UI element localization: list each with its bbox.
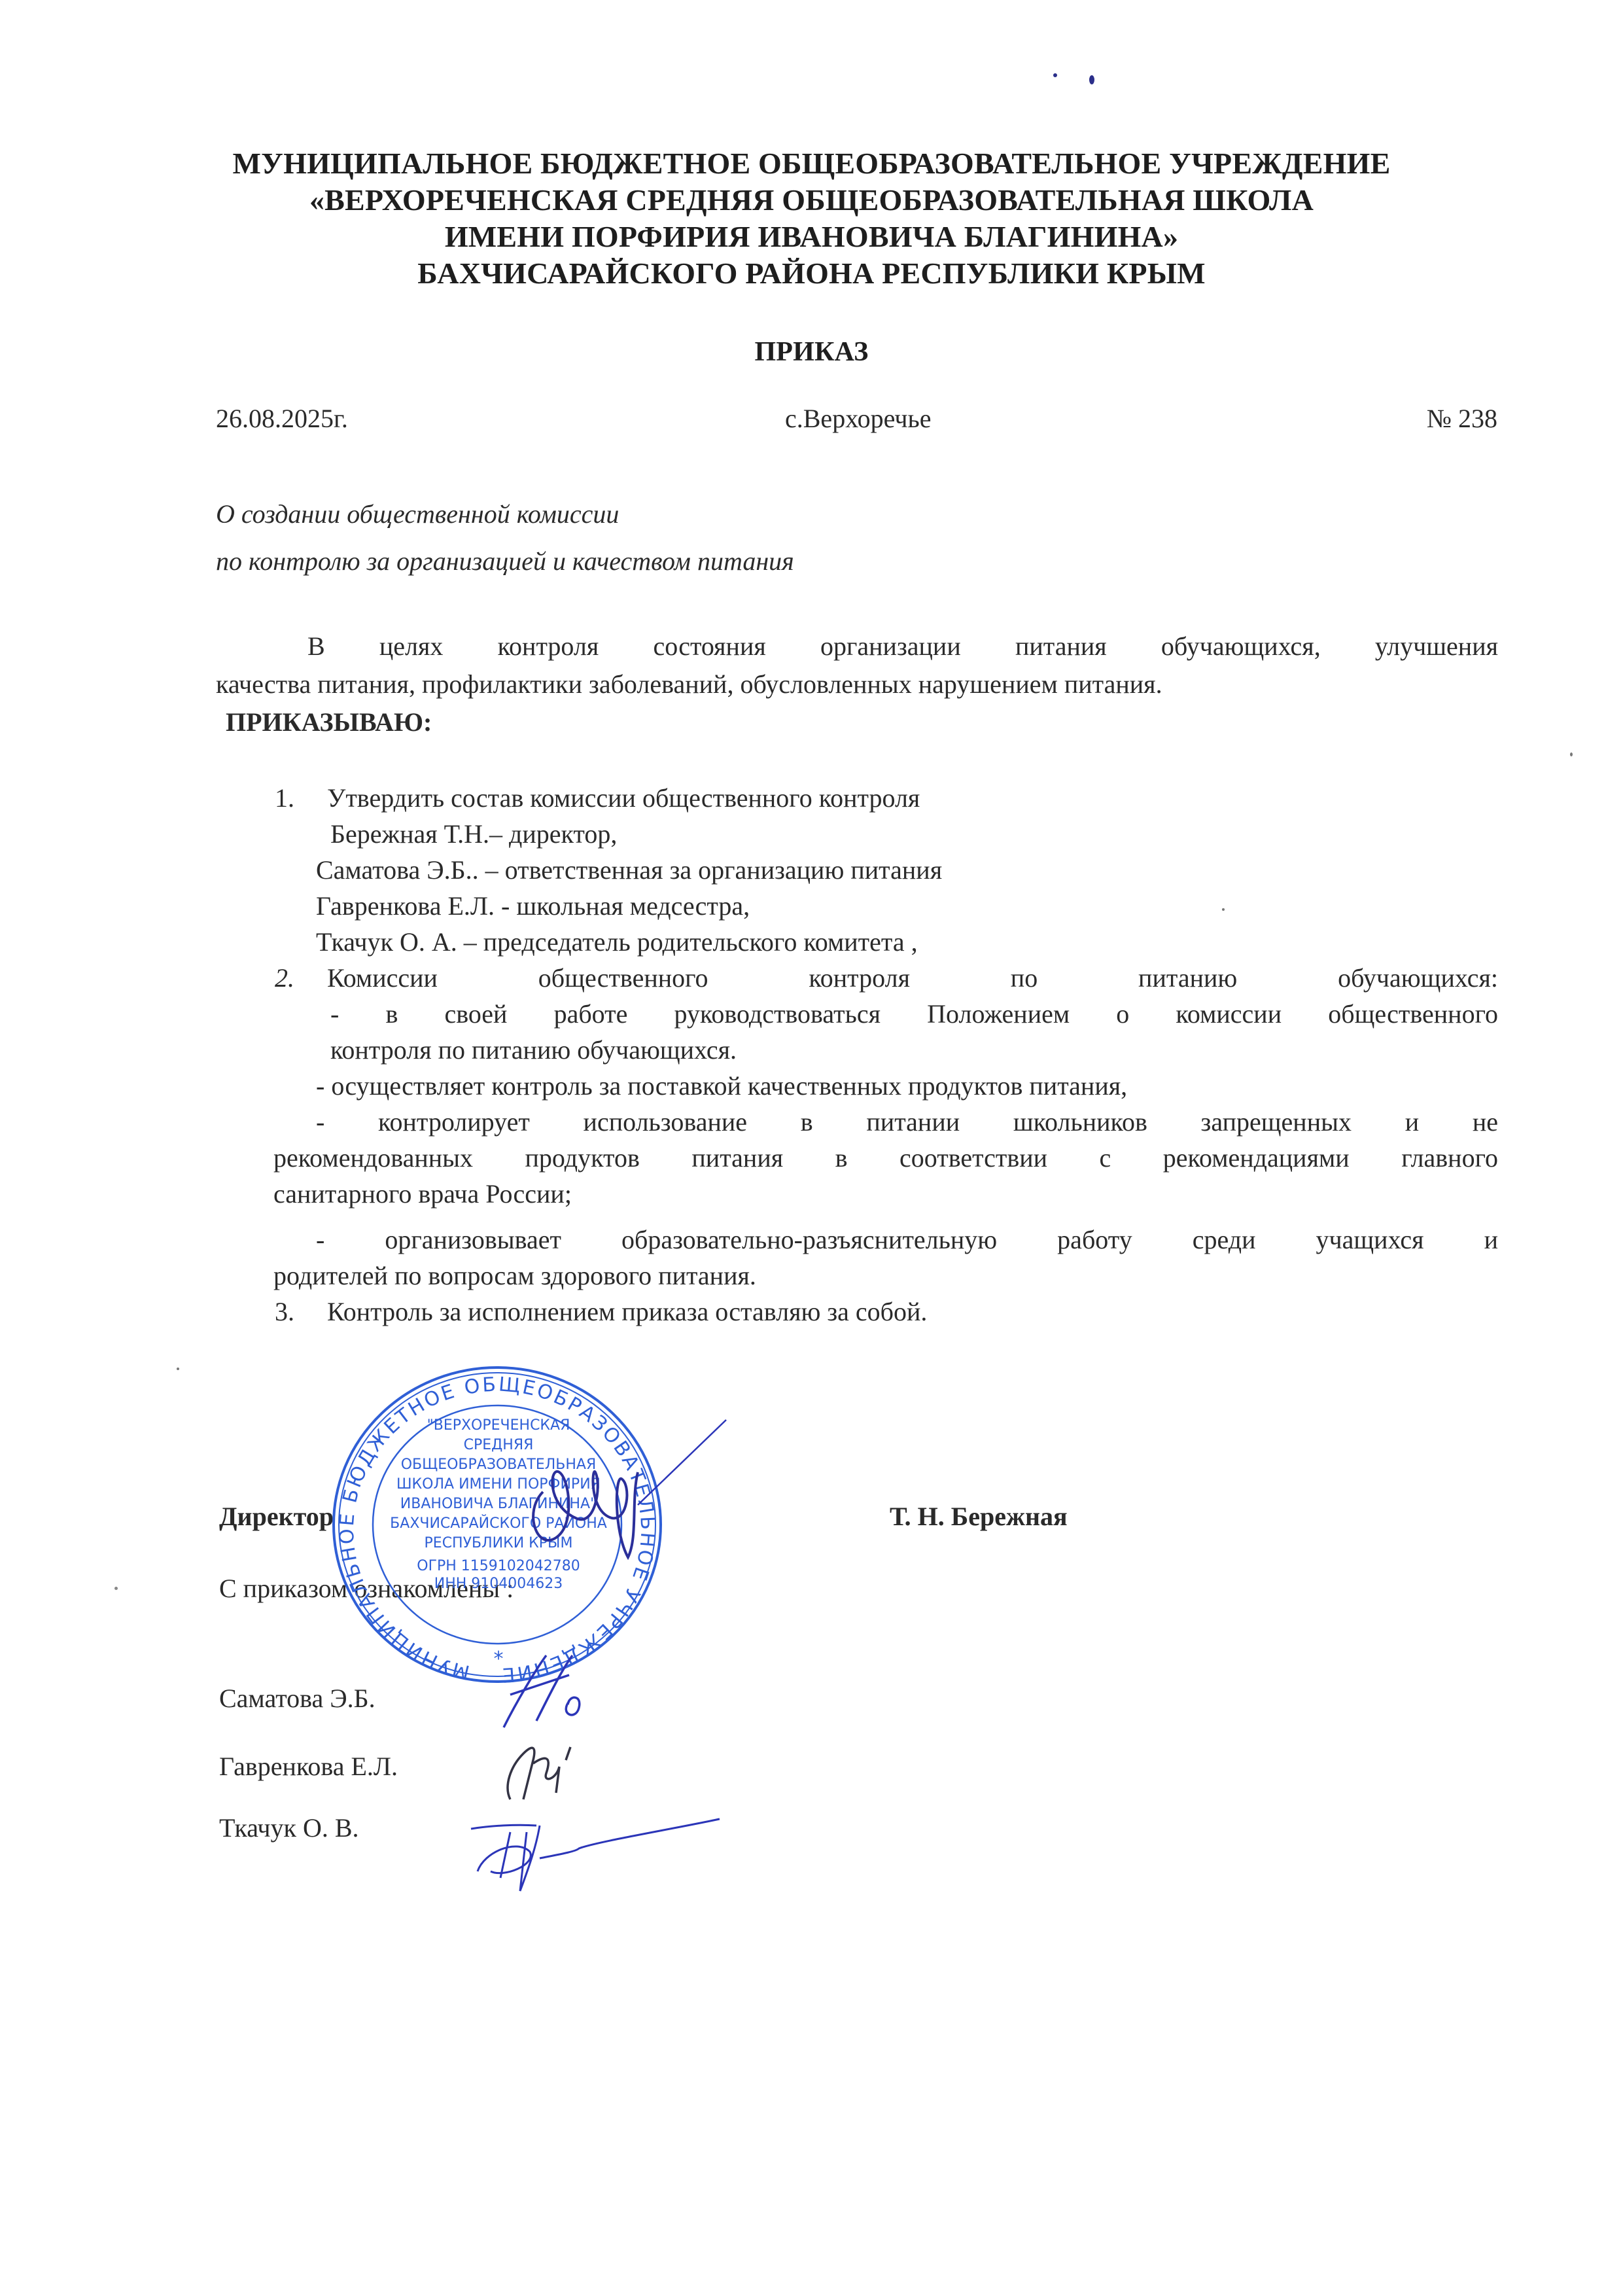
handwritten-signature-icon (497, 1649, 608, 1734)
scan-speck (1089, 75, 1094, 84)
signature-tkachuk (464, 1806, 726, 1898)
member-2: Саматова Э.Б.. – ответственная за органи… (316, 852, 942, 888)
item-2-sub-1a: - в своей работе руководствоваться Полож… (330, 996, 1498, 1032)
item-2-sub-4b: родителей по вопросам здорового питания. (273, 1258, 756, 1294)
handwritten-signature-icon (464, 1806, 726, 1898)
org-header-line-3: ИМЕНИ ПОРФИРИЯ ИВАНОВИЧА БЛАГИНИНА» (0, 219, 1623, 255)
svg-text:ИНН 9104004623: ИНН 9104004623 (434, 1576, 563, 1592)
director-signature (497, 1407, 733, 1577)
signature-samatova (497, 1649, 608, 1734)
scan-speck (1570, 752, 1573, 756)
scan-speck (114, 1587, 118, 1590)
signature-position: Директор (219, 1498, 334, 1534)
member-3: Гавренкова Е.Л. - школьная медсестра, (316, 888, 750, 924)
item-2-number: 2. (275, 960, 294, 996)
order-place: с.Верхоречье (785, 400, 932, 436)
item-2-title: Комиссии общественного контроля по питан… (327, 960, 1498, 996)
item-1-title: Утвердить состав комиссии общественного … (327, 780, 920, 816)
member-4: Ткачук О. А. – председатель родительског… (316, 924, 918, 960)
order-date: 26.08.2025г. (216, 400, 348, 436)
preamble-line-1: В целях контроля состояния организации п… (307, 628, 1498, 664)
subject-line-2: по контролю за организацией и качеством … (216, 543, 794, 579)
org-header-line-4: БАХЧИСАРАЙСКОГО РАЙОНА РЕСПУБЛИКИ КРЫМ (0, 255, 1623, 292)
scan-speck (1222, 908, 1225, 911)
signature-gavrenkova (497, 1734, 595, 1806)
org-header-line-1: МУНИЦИПАЛЬНОЕ БЮДЖЕТНОЕ ОБЩЕОБРАЗОВАТЕЛЬ… (0, 145, 1623, 182)
member-1: Бережная Т.Н.– директор, (330, 816, 617, 852)
item-1-number: 1. (275, 780, 294, 816)
org-header-line-2: «ВЕРХОРЕЧЕНСКАЯ СРЕДНЯЯ ОБЩЕОБРАЗОВАТЕЛЬ… (0, 182, 1623, 219)
item-2-sub-3a: - контролирует использование в питании ш… (316, 1104, 1498, 1140)
item-3-number: 3. (275, 1294, 294, 1330)
item-2-sub-4a: - организовывает образовательно-разъясни… (316, 1222, 1498, 1258)
subject-line-1: О создании общественной комиссии (216, 496, 619, 532)
handwritten-signature-icon (497, 1734, 595, 1806)
item-2-sub-3b: рекомендованных продуктов питания в соот… (273, 1140, 1498, 1176)
ack-person-2: Гавренкова Е.Л. (219, 1748, 398, 1784)
handwritten-signature-icon (497, 1407, 733, 1577)
preamble-line-2: качества питания, профилактики заболеван… (216, 666, 1162, 702)
ack-person-3: Ткачук О. В. (219, 1810, 359, 1846)
org-header: МУНИЦИПАЛЬНОЕ БЮДЖЕТНОЕ ОБЩЕОБРАЗОВАТЕЛЬ… (0, 145, 1623, 292)
order-word: ПРИКАЗЫВАЮ: (226, 704, 432, 740)
scan-speck (1053, 73, 1057, 77)
ack-person-1: Саматова Э.Б. (219, 1680, 375, 1716)
item-2-sub-3c: санитарного врача России; (273, 1176, 572, 1212)
item-2-sub-1b: контроля по питанию обучающихся. (330, 1032, 737, 1068)
order-number: № 238 (1427, 400, 1497, 436)
item-3-title: Контроль за исполнением приказа оставляю… (327, 1294, 927, 1330)
document-type: ПРИКАЗ (0, 334, 1623, 370)
scan-speck (177, 1368, 179, 1370)
item-2-sub-2: - осуществляет контроль за поставкой кач… (316, 1068, 1127, 1104)
signature-name: Т. Н. Бережная (890, 1498, 1068, 1534)
